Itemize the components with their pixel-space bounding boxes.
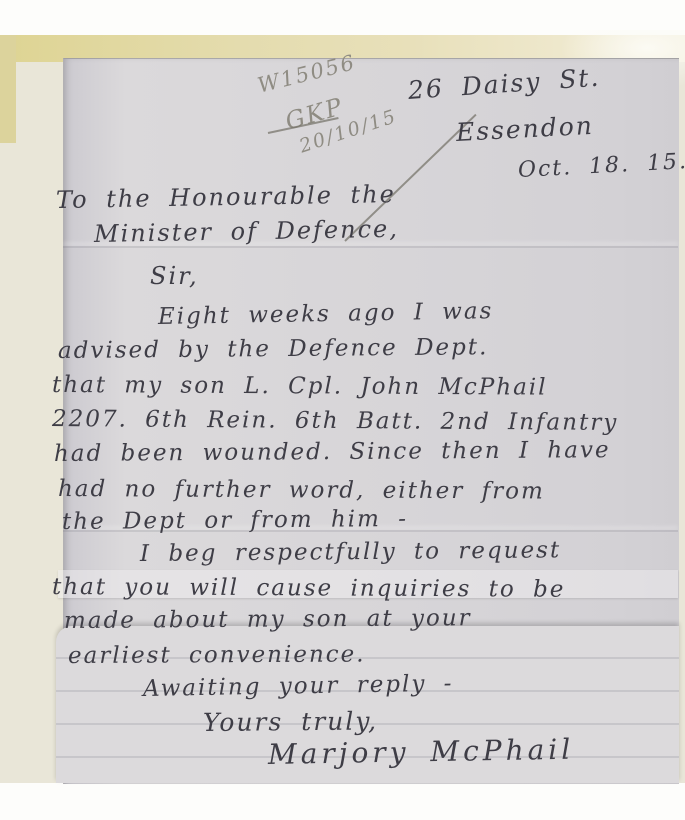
body-line: had been wounded. Since then I have xyxy=(54,437,611,467)
body-line: I beg respectfully to request xyxy=(140,537,561,567)
body-line: 2207. 6th Rein. 6th Batt. 2nd Infantry xyxy=(52,406,618,436)
scanned-letter-page: W15056 GKP 20/10/15 26 Daisy St. Essendo… xyxy=(0,0,685,820)
body-line: had no further word, either from xyxy=(58,476,545,505)
body-line: the Dept or from him - xyxy=(62,506,408,535)
body-line: advised by the Defence Dept. xyxy=(58,334,489,364)
closing: Yours truly, xyxy=(203,706,378,737)
body-line: that you will cause inquiries to be xyxy=(52,574,565,603)
body-line: made about my son at your xyxy=(64,605,472,634)
body-line: earliest convenience. xyxy=(68,641,366,669)
signature: Marjory McPhail xyxy=(268,733,575,771)
body-line: that my son L. Cpl. John McPhail xyxy=(52,372,548,401)
body-line: Awaiting your reply - xyxy=(143,671,454,702)
recipient-line-2: Minister of Defence, xyxy=(94,215,399,248)
recipient-line-1: To the Honourable the xyxy=(56,180,396,214)
backing-yellow-strip xyxy=(0,35,16,143)
salutation: Sir, xyxy=(150,262,199,290)
